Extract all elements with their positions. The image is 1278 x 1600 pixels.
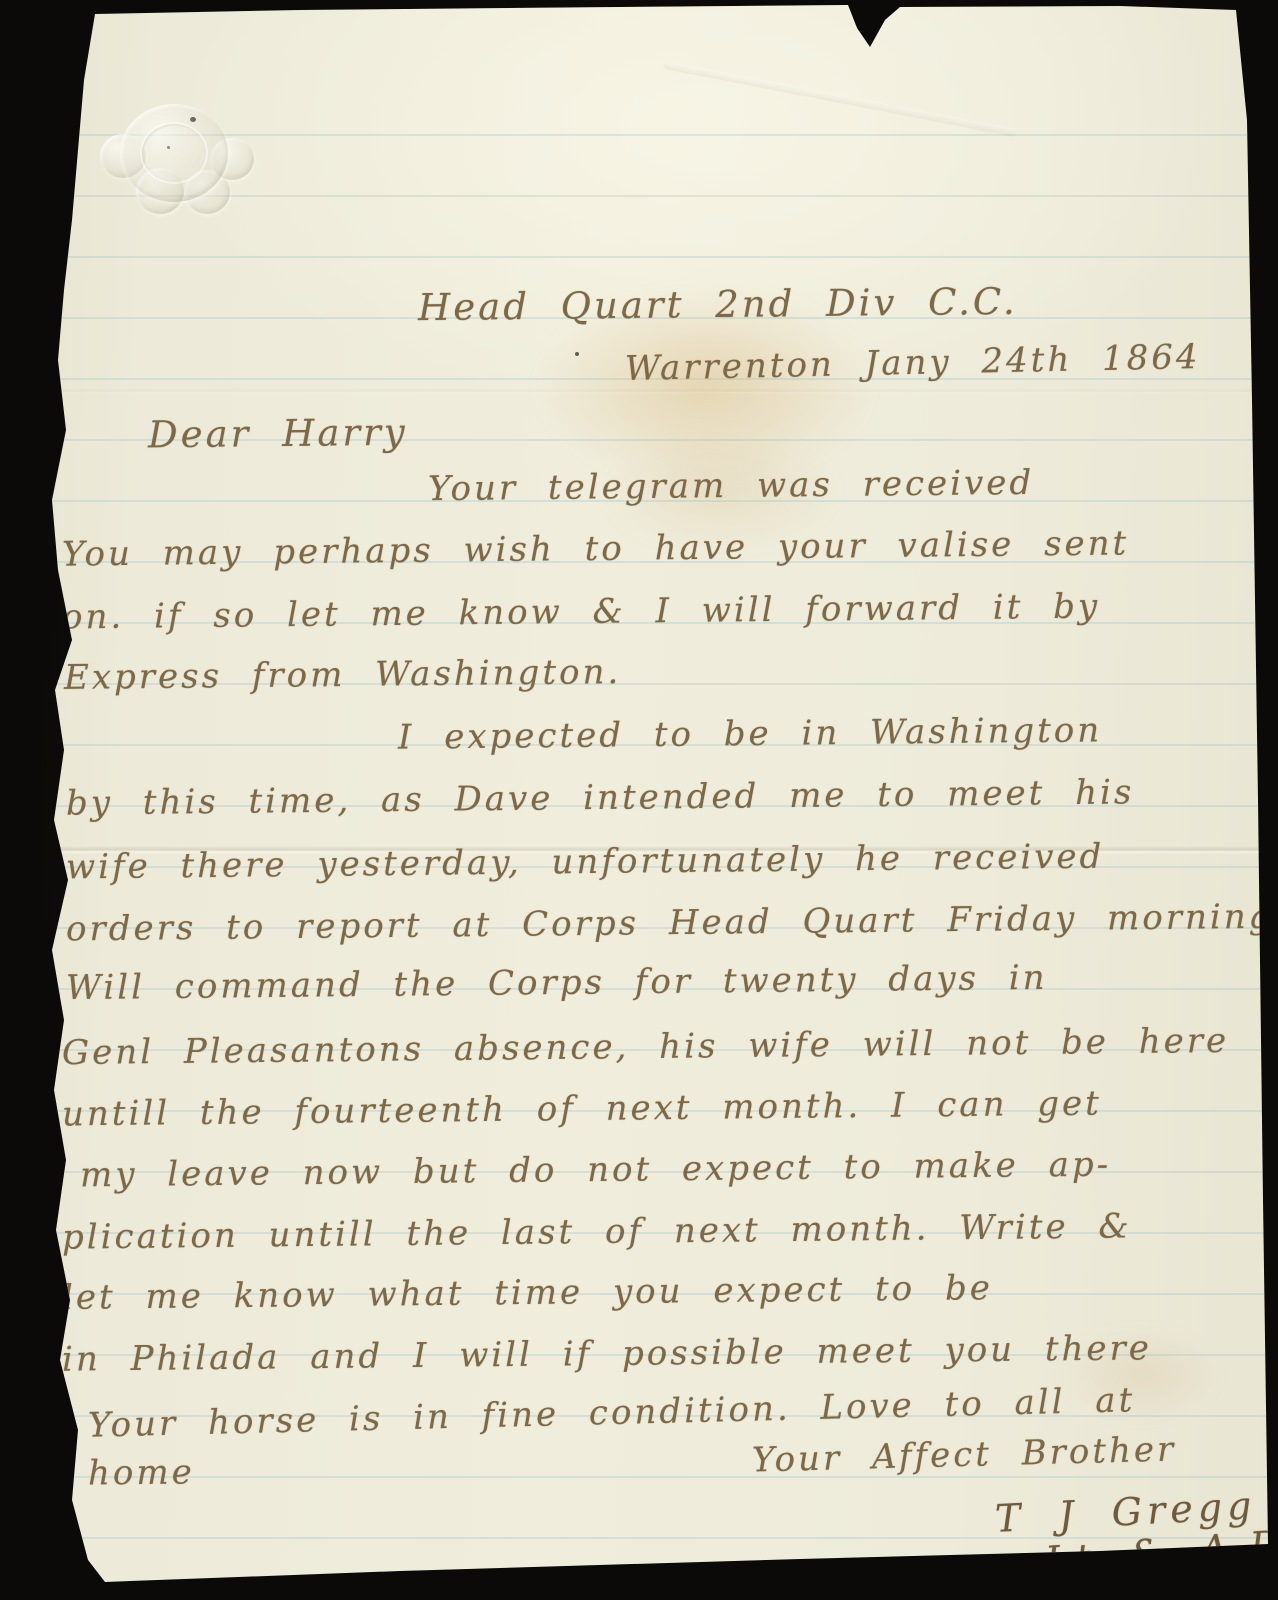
letter-line: Express from Washington. [64, 652, 622, 698]
dateline-headquarters: Head Quart 2nd Div C.C. [418, 280, 1018, 329]
salutation: Dear Harry [148, 411, 408, 457]
ink-speck [575, 352, 579, 356]
embossed-stationer-stamp [92, 86, 257, 218]
letter-line: Your telegram was received [428, 463, 1035, 509]
letter-line: I expected to be in Washington [398, 710, 1103, 757]
stamp-ring [140, 122, 208, 184]
letter-paper: Head Quart 2nd Div C.C. Warrenton Jany 2… [0, 0, 1278, 1600]
letter-line: home [88, 1452, 195, 1493]
fold-crease [0, 388, 1278, 394]
scanned-letter-page: Head Quart 2nd Div C.C. Warrenton Jany 2… [0, 0, 1278, 1600]
